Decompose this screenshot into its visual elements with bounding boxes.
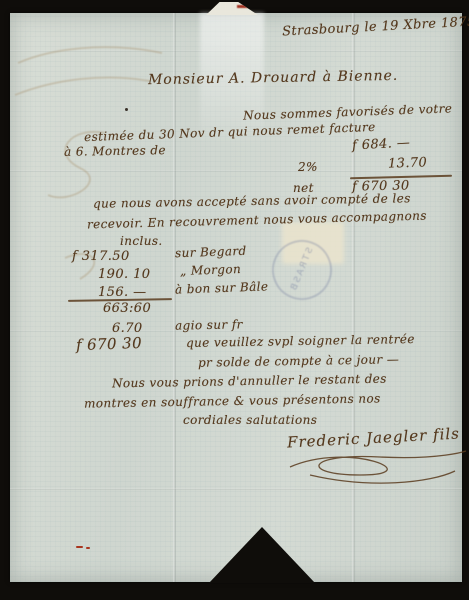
total-note-2: pr solde de compte à ce jour — — [198, 352, 399, 370]
discount-amount: 13.70 — [388, 155, 428, 171]
signature-flourish — [280, 445, 469, 490]
letter-paper: STRASB Strasbourg le 19 Xbre 1875 — Mons… — [10, 13, 462, 582]
wax-seal-trace — [237, 5, 249, 8]
ledger-row2-desc: „ Morgon — [180, 262, 242, 278]
total-note-1: que veuillez svpl soigner la rentrée — [186, 332, 415, 350]
ledger-row3-desc: à bon sur Bâle — [175, 279, 269, 296]
ledger-total: f 670 30 — [76, 334, 143, 354]
closing-line-1: Nous vous prions d'annuller le restant d… — [112, 372, 387, 391]
red-speck-2 — [86, 547, 90, 549]
closing-line-3: cordiales salutations — [183, 413, 317, 427]
body-line-3: à 6. Montres de — [64, 143, 166, 159]
ledger-row1-amount: f 317.50 — [72, 249, 130, 264]
ledger-agio-desc: agio sur fr — [175, 317, 243, 332]
scanned-letter-background: STRASB Strasbourg le 19 Xbre 1875 — Mons… — [0, 0, 469, 600]
ink-fleck — [125, 108, 128, 111]
bottom-cut-notch — [209, 527, 315, 583]
ledger-subtotal: 663:60 — [103, 301, 151, 316]
addressee-line: Monsieur A. Drouard à Bienne. — [148, 68, 399, 88]
date-line: Strasbourg le 19 Xbre 1875 — — [282, 13, 469, 39]
discount-rate: 2% — [298, 160, 318, 174]
closing-line-2: montres en souffrance & vous présentons … — [84, 391, 381, 410]
body-line-6: inclus. — [120, 234, 163, 248]
ledger-row2-amount: 190. 10 — [98, 267, 150, 282]
envelope-flap-tab — [206, 2, 258, 15]
body-line-1: Nous sommes favorisés de votre — [243, 101, 453, 122]
red-speck-1 — [76, 546, 83, 548]
amount-gross: f 684. — — [352, 135, 411, 153]
ledger-row1-desc: sur Begard — [175, 244, 247, 260]
postmark-text: STRASB — [289, 246, 316, 293]
fold-line-vertical-right — [352, 13, 355, 582]
